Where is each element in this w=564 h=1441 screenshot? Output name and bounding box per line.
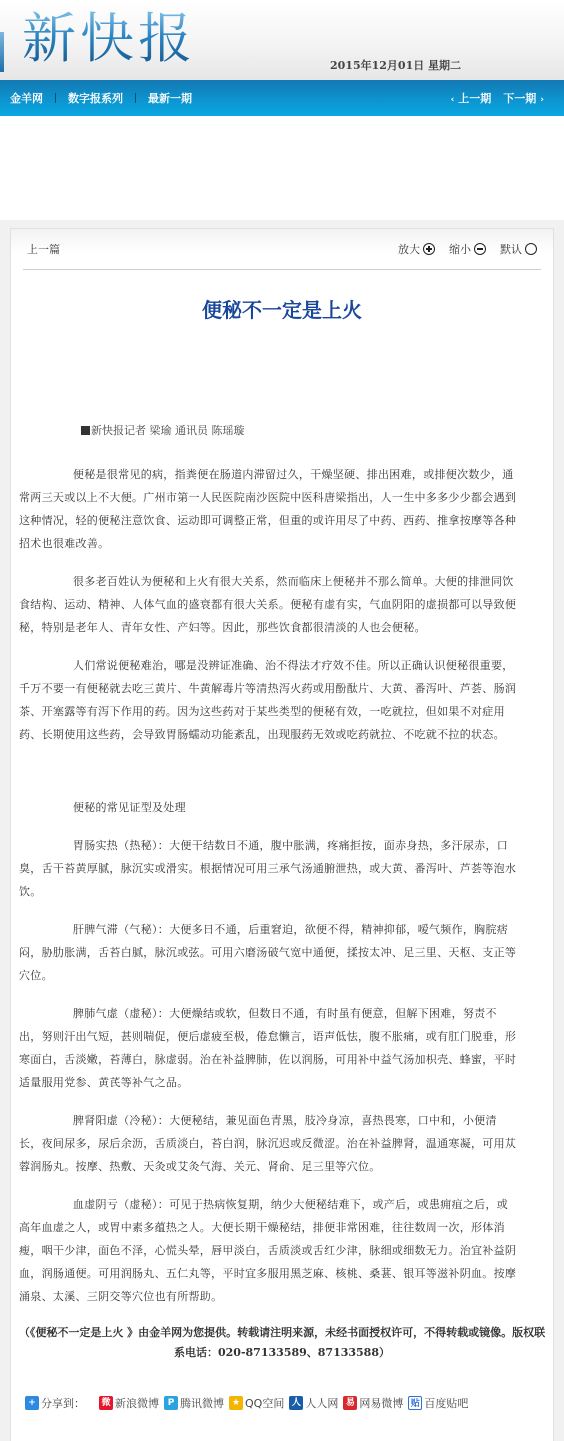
square-bullet-icon (81, 426, 90, 435)
share-bar: + 分享到： 微 新浪微博 P 腾讯微博 ★ QQ空间 人 人人网 易 网易微博 (25, 1395, 553, 1441)
article-title: 便秘不一定是上火 (11, 296, 553, 324)
share-target-label: 人人网 (305, 1395, 338, 1411)
share-label: 分享到： (41, 1395, 85, 1411)
netease-weibo-icon: 易 (343, 1396, 357, 1410)
nav-separator (55, 93, 56, 103)
nav-link-digital-series[interactable]: 数字报系列 (68, 90, 123, 106)
zoom-in-label: 放大 (398, 241, 420, 257)
reset-size-button[interactable]: 默认 (500, 241, 537, 257)
paragraph: 血虚阴亏（虚秘）：可见于热病恢复期，纳少大便秘结难下，或产后，或患痈疽之后，或高… (19, 1193, 519, 1308)
share-target-label: 网易微博 (359, 1395, 403, 1411)
nav-link-jinyang[interactable]: 金羊网 (10, 90, 43, 106)
share-netease-weibo[interactable]: 易 网易微博 (343, 1395, 403, 1411)
article-container: 上一篇 放大 缩小 默认 便秘不一定是上火 新快报记者 梁瑜 通讯员 陈瑶璇 (10, 228, 554, 1441)
paragraph: 很多老百姓认为便秘和上火有很大关系，然而临床上便秘并不那么简单。大便的排泄同饮食… (19, 570, 519, 639)
share-baidu-tieba[interactable]: 贴 百度贴吧 (408, 1395, 468, 1411)
share-renren[interactable]: 人 人人网 (289, 1395, 338, 1411)
article-byline: 新快报记者 梁瑜 通讯员 陈瑶璇 (81, 422, 553, 438)
zoom-out-button[interactable]: 缩小 (449, 241, 486, 257)
byline-text: 新快报记者 梁瑜 通讯员 陈瑶璇 (91, 424, 245, 437)
prev-issue-link[interactable]: ‹上一期 (447, 90, 492, 106)
chevron-right-icon: › (540, 95, 544, 105)
chevron-left-icon: ‹ (451, 95, 455, 105)
paragraph: 人们常说便秘难治，哪是没辨证准确、治不得法才疗效不佳。所以正确认识便秘很重要，千… (19, 654, 519, 746)
content-wrapper: 上一篇 放大 缩小 默认 便秘不一定是上火 新快报记者 梁瑜 通讯员 陈瑶璇 (0, 220, 564, 1441)
paragraph: 便秘是很常见的病，指粪便在肠道内滞留过久，干燥坚硬、排出困难，或排便次数少，通常… (19, 463, 519, 555)
masthead-accent-bar (0, 32, 4, 72)
prev-article-link[interactable]: 上一篇 (27, 241, 60, 257)
paragraph: 脾肺气虚（虚秘）：大便燥结或软，但数日不通，有时虽有便意，但解下困难，努责不出，… (19, 1002, 519, 1094)
issue-pager: ‹上一期 下一期› (447, 90, 548, 106)
share-target-label: 百度贴吧 (424, 1395, 468, 1411)
prev-issue-label: 上一期 (458, 92, 491, 105)
share-target-label: 新浪微博 (115, 1395, 159, 1411)
section-heading: 便秘的常见证型及处理 (19, 796, 519, 819)
share-tencent-weibo[interactable]: P 腾讯微博 (164, 1395, 224, 1411)
circle-icon (525, 243, 537, 255)
zoom-in-button[interactable]: 放大 (398, 241, 435, 257)
newspaper-logo[interactable]: 新快报 (22, 6, 196, 72)
paragraph: 胃肠实热（热秘）：大便干结数日不通，腹中胀满，疼痛拒按，面赤身热，多汗尿赤，口臭… (19, 834, 519, 903)
zoom-out-label: 缩小 (449, 241, 471, 257)
nav-link-latest-issue[interactable]: 最新一期 (148, 90, 192, 106)
nav-separator (135, 93, 136, 103)
baidu-tieba-icon: 贴 (408, 1396, 422, 1410)
next-issue-link[interactable]: 下一期› (503, 90, 548, 106)
reset-size-label: 默认 (500, 241, 522, 257)
article-body: 便秘是很常见的病，指粪便在肠道内滞留过久，干燥坚硬、排出困难，或排便次数少，通常… (11, 463, 519, 1308)
top-nav: 金羊网 数字报系列 最新一期 ‹上一期 下一期› (0, 80, 564, 116)
masthead: 新快报 2015年12月01日 星期二 (0, 0, 564, 80)
share-target-label: 腾讯微博 (180, 1395, 224, 1411)
toolbar-divider (23, 269, 541, 270)
plus-circle-icon (423, 243, 435, 255)
paragraph: 脾肾阳虚（冷秘）：大便秘结，兼见面色青黑，肢冷身凉，喜热畏寒，口中和，小便清长，… (19, 1109, 519, 1178)
next-issue-label: 下一期 (503, 92, 536, 105)
share-target-label: QQ空间 (245, 1395, 284, 1411)
sina-weibo-icon: 微 (99, 1396, 113, 1410)
copyright-notice: （《便秘不一定是上火 》由金羊网为您提供。转载请注明来源，未经书面授权许可，不得… (11, 1323, 553, 1363)
nav-links: 金羊网 数字报系列 最新一期 (10, 90, 192, 106)
share-qzone[interactable]: ★ QQ空间 (229, 1395, 284, 1411)
ad-placeholder (0, 116, 564, 220)
issue-date: 2015年12月01日 星期二 (330, 57, 461, 73)
qzone-icon: ★ (229, 1396, 243, 1410)
renren-icon: 人 (289, 1396, 303, 1410)
plus-share-icon[interactable]: + (25, 1396, 39, 1410)
paragraph: 肝脾气滞（气秘）：大便多日不通，后重窘迫，欲便不得，精神抑郁，嗳气频作，胸脘痞闷… (19, 918, 519, 987)
minus-circle-icon (474, 243, 486, 255)
article-toolbar: 上一篇 放大 缩小 默认 (11, 229, 553, 269)
share-sina-weibo[interactable]: 微 新浪微博 (99, 1395, 159, 1411)
font-size-tools: 放大 缩小 默认 (398, 241, 537, 257)
tencent-weibo-icon: P (164, 1396, 178, 1410)
